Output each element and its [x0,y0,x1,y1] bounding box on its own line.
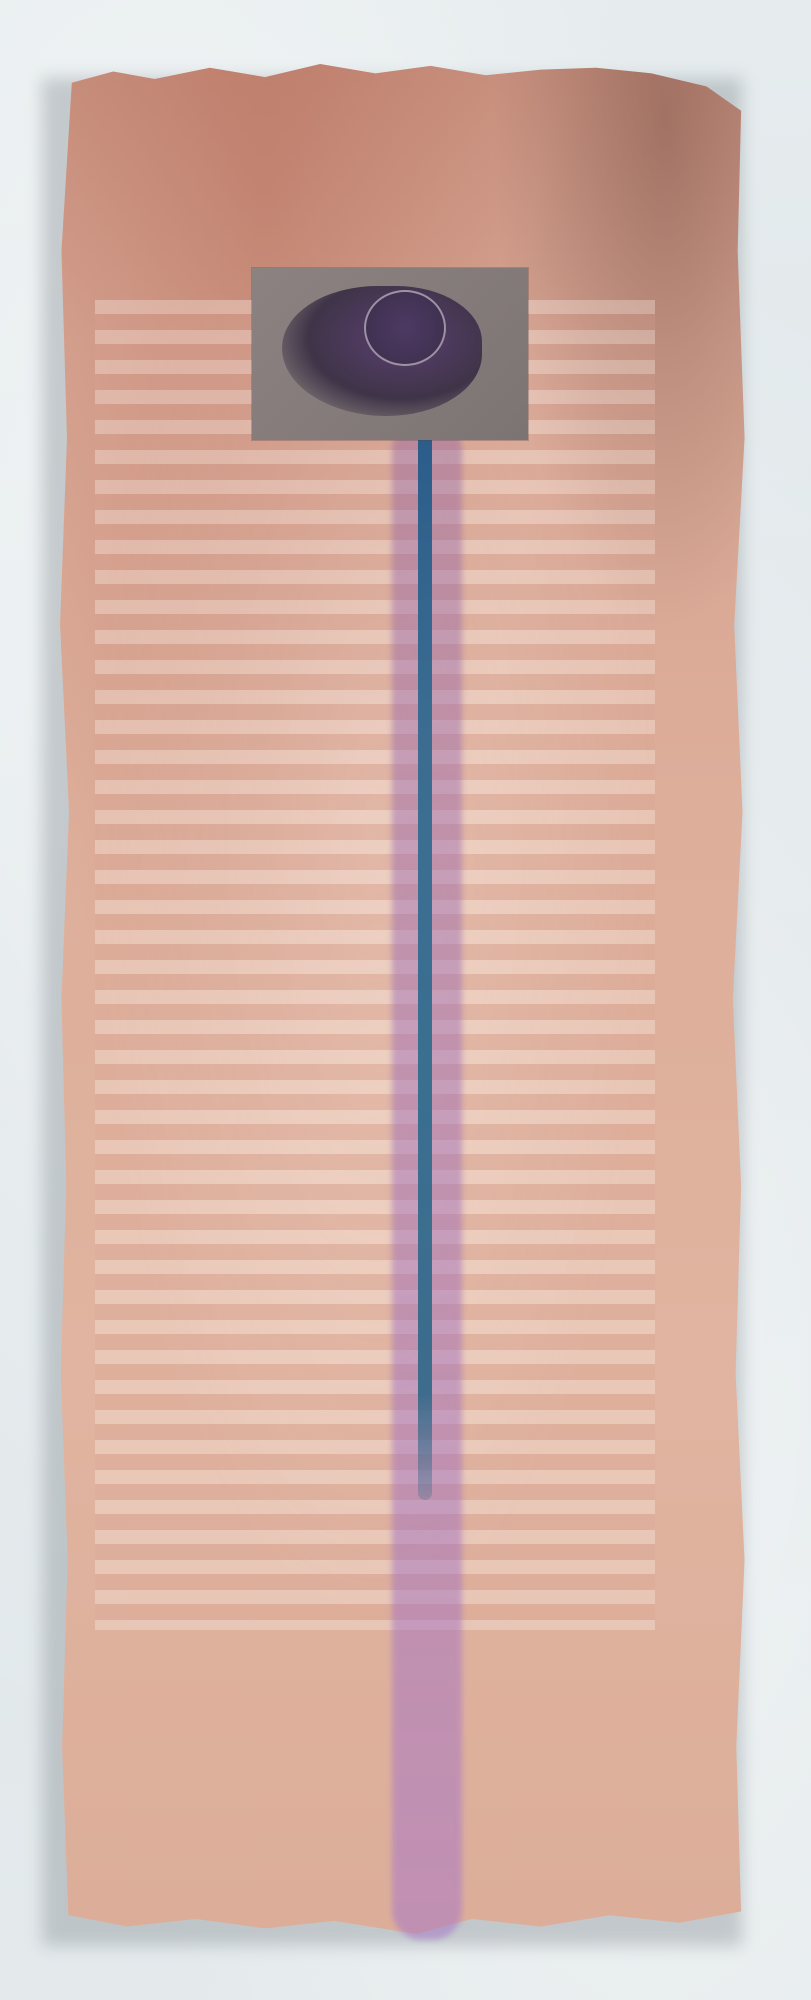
white-monoprint-area [95,300,655,1630]
cup-shape [364,290,446,366]
photo-panel [252,268,528,440]
blue-drip [418,420,432,1500]
